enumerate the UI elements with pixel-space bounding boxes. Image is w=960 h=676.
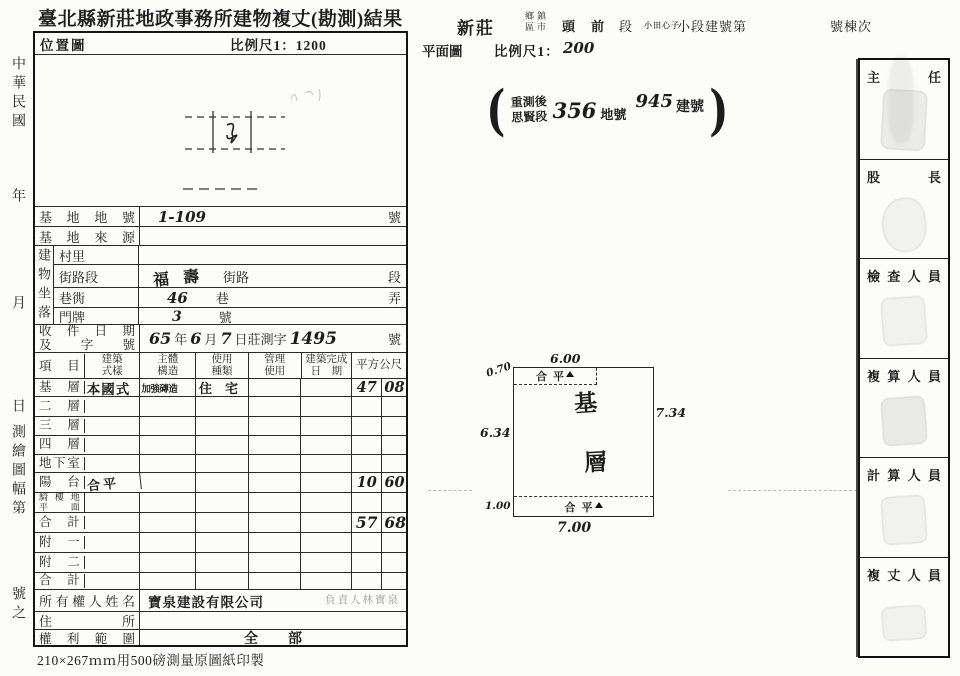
location-sketch (165, 105, 305, 205)
floor-row-annex1: 附一 (35, 533, 406, 553)
floor-row-basement: 地下室 (35, 455, 406, 473)
plan-label: 平面圖 (422, 44, 463, 59)
signoff-section-head: 股長 (860, 160, 948, 260)
margin-number-label: 號之 (7, 586, 27, 624)
plan-scale-value: 200 (563, 39, 594, 57)
stamp-mark (880, 296, 927, 347)
top-balcony-box: 合平 (514, 368, 597, 385)
lot-number-row: 基地地號 1-109 號 (35, 207, 406, 227)
street-mid-label: 街路 (223, 267, 249, 286)
arrow-mark (566, 371, 574, 377)
lane-row: 巷衖 46 巷 弄 (54, 288, 406, 308)
stamp-mark (880, 395, 927, 446)
rights-row: 權利範圍 全部 (35, 630, 406, 645)
room-label-char1: 基 (573, 384, 598, 419)
close-paren: ) (709, 85, 728, 135)
stamp-mark (880, 89, 927, 151)
street-suffix: 段 (388, 267, 401, 286)
receipt-row: 收件日期 及字號 65 年 6 月 7 日莊測字 1495 號 (35, 325, 406, 353)
building-suffix: 建號 (676, 96, 704, 116)
receipt-number: 1495 (290, 329, 337, 349)
building-location-group: 建物坐落 村里 街路段 福壽 街路 段 巷衖 46 (35, 246, 406, 325)
floor-row-2f: 二層 (35, 397, 406, 417)
signoff-section-calculator: 計算人員 (860, 458, 948, 558)
signoff-section-chief: 主任 (860, 60, 948, 160)
floor-row-subtotal: 合計 5768 (35, 513, 406, 533)
district-header: 新莊 鄉鎮 區市 頭前 段 小田心子 小段建號第 號棟次 (420, 6, 955, 42)
rights-label: 權利範圍 (35, 630, 140, 645)
dim-bottom: 7.00 (557, 520, 591, 536)
stamp-mark (880, 196, 928, 253)
building-number: 945 (635, 91, 673, 112)
dim-right: 7.34 (656, 405, 686, 420)
lot-source-value (140, 227, 406, 245)
section-name: 頭前 (562, 16, 620, 35)
dim-bottom-left: 1.00 (485, 500, 511, 512)
lot-number-value: 1-109 (158, 208, 206, 226)
owner-label: 所有權人姓名 (35, 590, 140, 611)
lane-value: 46 (167, 289, 188, 307)
village-label: 村里 (54, 246, 139, 264)
fold-line (728, 490, 862, 491)
receipt-label: 收件日期 及字號 (35, 325, 140, 352)
paper-spec-note: 210×267ｍｍ用500磅測量原圖紙印製 (37, 649, 264, 669)
survey-result-table: 位置圖 比例尺1：1200 基地地號 1-109 號 (33, 31, 408, 647)
lot-source-row: 基地來源 (35, 227, 406, 246)
lane-mid-label: 巷 (216, 288, 229, 307)
location-map-label: 位置圖 (40, 34, 87, 54)
signoff-section-inspector: 檢查人員 (860, 259, 948, 359)
floor-row-4f: 四層 (35, 436, 406, 455)
small-section-note: 小田心子 (644, 20, 680, 31)
room-label-char2: 層 (583, 443, 608, 477)
bottom-balcony-strip: 合平 (514, 496, 653, 516)
open-paren: ( (486, 85, 505, 135)
floor-row-balcony: 陽台 合平 1060 (35, 473, 406, 493)
margin-year-label: 年 (7, 188, 27, 207)
owner-name: 寶泉建設有限公司 (148, 591, 264, 611)
village-value (139, 246, 406, 264)
street-row: 街路段 福壽 街路 段 (54, 265, 406, 288)
margin-mapsheet-label: 測繪圖幅第 (7, 424, 27, 519)
owner-responsible-note: 負責人林寶泉 (325, 592, 400, 607)
signoff-column: 主任 股長 檢查人員 複算人員 計算人員 複丈人員 (858, 58, 950, 658)
lot-number-suffix: 號 (388, 207, 401, 226)
lot-suffix: 地號 (600, 104, 626, 123)
receipt-year: 65 (149, 329, 171, 348)
pencil-mark (287, 83, 327, 109)
address-label: 住所 (35, 612, 140, 629)
door-mid-label: 號 (219, 307, 232, 326)
floor-table-header: 項目 建築 式樣 主體 構造 使用 種類 管理 使用 建築完成 日 期 平方公尺 (35, 353, 406, 379)
location-map-scale: 比例尺1：1200 (230, 34, 327, 54)
stamp-mark (881, 604, 927, 641)
village-row: 村里 (54, 246, 406, 265)
scanned-survey-form: 臺北縣新莊地政事務所建物複丈(勘測)結果 中華民國 年 月 日 測繪圖幅第 號之… (0, 0, 960, 676)
lot-number-label: 基地地號 (35, 207, 140, 226)
signoff-section-surveyor: 複丈人員 (860, 558, 948, 657)
receipt-day: 7 (220, 329, 231, 348)
lot-source-label: 基地來源 (35, 227, 140, 245)
district-unit-labels: 鄉鎮 區市 (525, 11, 549, 34)
subsection-label: 小段建號第 (677, 16, 747, 35)
door-row: 門牌 3 號 (54, 308, 406, 325)
floor-row-3f: 三層 (35, 417, 406, 436)
lane-suffix: 弄 (388, 288, 401, 307)
door-value: 3 (172, 309, 182, 325)
lane-label: 巷衖 (54, 288, 139, 307)
receipt-month: 6 (190, 329, 201, 348)
margin-month-label: 月 (7, 295, 27, 314)
dim-left: 6.34 (480, 425, 510, 440)
fold-line (428, 490, 472, 491)
floor-row-arcade: 騎樓地 平面 (35, 493, 406, 513)
page-title: 臺北縣新莊地政事務所建物複丈(勘測)結果 (38, 4, 403, 31)
plan-header: 平面圖 比例尺1： 200 (422, 40, 594, 60)
location-map-area (35, 55, 406, 207)
stamp-mark (880, 495, 927, 546)
resurvey-note: ( 重測後 思賢段 356 地號 945 建號 ) (483, 82, 732, 138)
building-location-group-label: 建物坐落 (35, 246, 54, 324)
margin-era-label: 中華民國 (7, 56, 27, 132)
floor-row-base: 基層 本國式 加強磚造 住 宅 4708 (35, 379, 406, 397)
floor-plan-diagram: 合平 合平 基 層 6.00 0.70 6.34 1.00 7.00 7.34 (513, 367, 654, 517)
dim-top-left: 0.70 (485, 360, 513, 379)
plan-scale-label: 比例尺1： (494, 44, 560, 59)
building-number-suffix: 號棟次 (830, 16, 872, 35)
district-name: 新莊 (457, 14, 495, 39)
lot-number: 356 (553, 98, 597, 123)
street-label: 街路段 (54, 265, 139, 287)
location-map-header: 位置圖 比例尺1：1200 (35, 33, 406, 55)
signoff-section-recheck: 複算人員 (860, 359, 948, 459)
door-label: 門牌 (54, 308, 139, 325)
address-row: 住所 (35, 612, 406, 630)
floor-row-total: 合計 (35, 573, 406, 590)
street-value: 福壽 (152, 262, 214, 290)
section-suffix: 段 (619, 16, 632, 35)
dim-top: 6.00 (550, 351, 580, 366)
address-value (140, 612, 406, 629)
owner-row: 所有權人姓名 寶泉建設有限公司 負責人林寶泉 (35, 590, 406, 612)
floor-row-annex2: 附二 (35, 553, 406, 573)
rights-value: 全部 (244, 628, 332, 648)
margin-day-label: 日 (7, 398, 27, 417)
resurvey-section: 重測後 思賢段 (510, 94, 547, 125)
arrow-mark (595, 502, 603, 508)
